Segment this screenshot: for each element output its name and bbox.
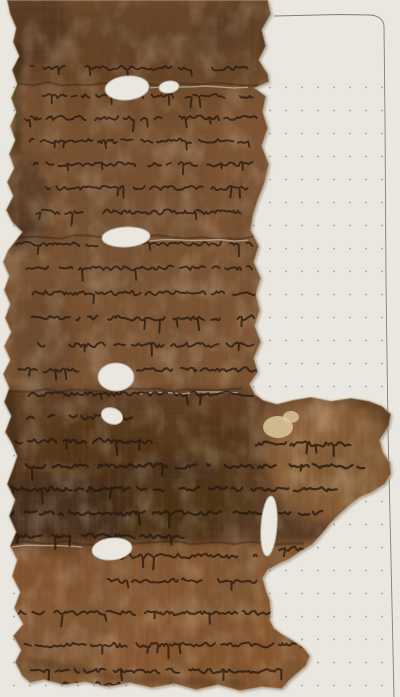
pencil-border-line (274, 15, 394, 697)
papyrus-fragment (0, 0, 400, 697)
artifact-scene (0, 0, 400, 697)
papyrus-photo (0, 0, 400, 697)
